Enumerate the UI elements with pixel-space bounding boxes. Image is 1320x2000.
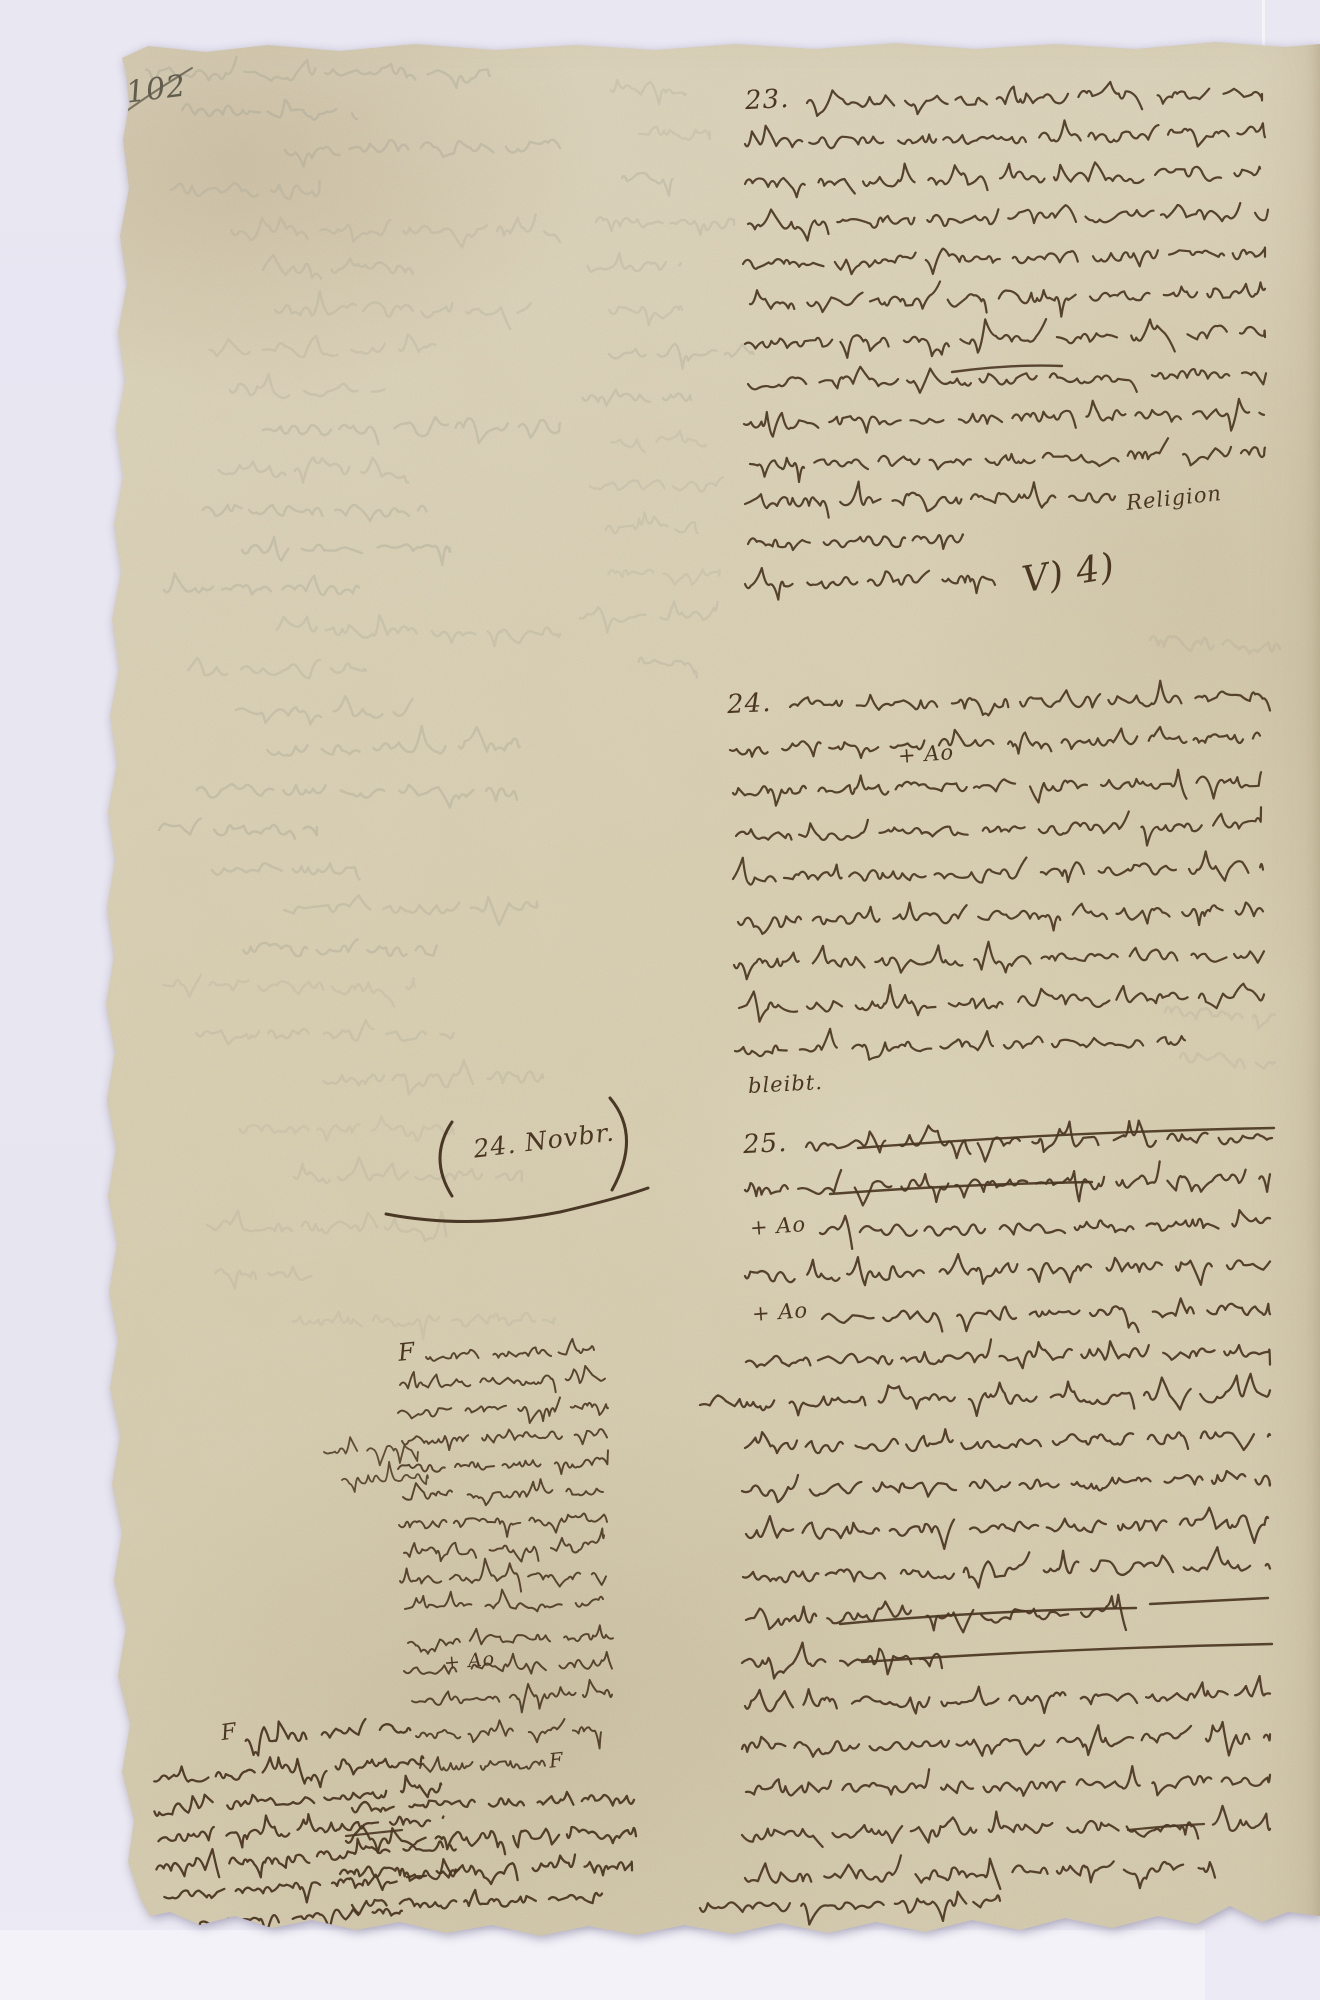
insertion-mark-2: F	[219, 1719, 239, 1746]
bleedthrough-script	[146, 57, 1280, 1340]
side-note-script	[324, 1437, 428, 1492]
word-bleibt: bleibt.	[747, 1070, 823, 1098]
middle-lower-script	[340, 1792, 636, 1914]
paper-sheet-wrap: 102 23. 24. 25. Religion V) 4) bleibt. 2…	[0, 0, 1320, 2000]
paragraph-number-24: 24.	[726, 688, 772, 720]
manuscript-scan: 102 23. 24. 25. Religion V) 4) bleibt. 2…	[0, 0, 1320, 2000]
para-25-script	[700, 1121, 1272, 1925]
handwriting-ink-layer	[0, 0, 1320, 2000]
strokes-and-corrections	[112, 68, 1274, 1836]
paragraph-number-25: 25.	[742, 1128, 788, 1160]
para-23-script	[743, 82, 1268, 600]
paragraph-number-23: 23.	[744, 84, 790, 116]
insertion-mark-1: F	[397, 1337, 417, 1367]
potency-mark-2: + Ao	[749, 1212, 807, 1240]
manuscript-sheet: 102 23. 24. 25. Religion V) 4) bleibt. 2…	[0, 0, 1320, 2000]
potency-mark-1: + Ao	[897, 740, 955, 768]
potency-mark-3: + Ao	[751, 1298, 809, 1326]
insertion-mark-3: F	[548, 1747, 565, 1772]
bottom-left-script	[147, 1710, 463, 1944]
page-number: 102	[124, 68, 188, 110]
potency-mark-4: + Ao	[443, 1648, 496, 1674]
para-24-script	[730, 681, 1270, 1060]
middle-insertion-script	[398, 1339, 613, 1772]
